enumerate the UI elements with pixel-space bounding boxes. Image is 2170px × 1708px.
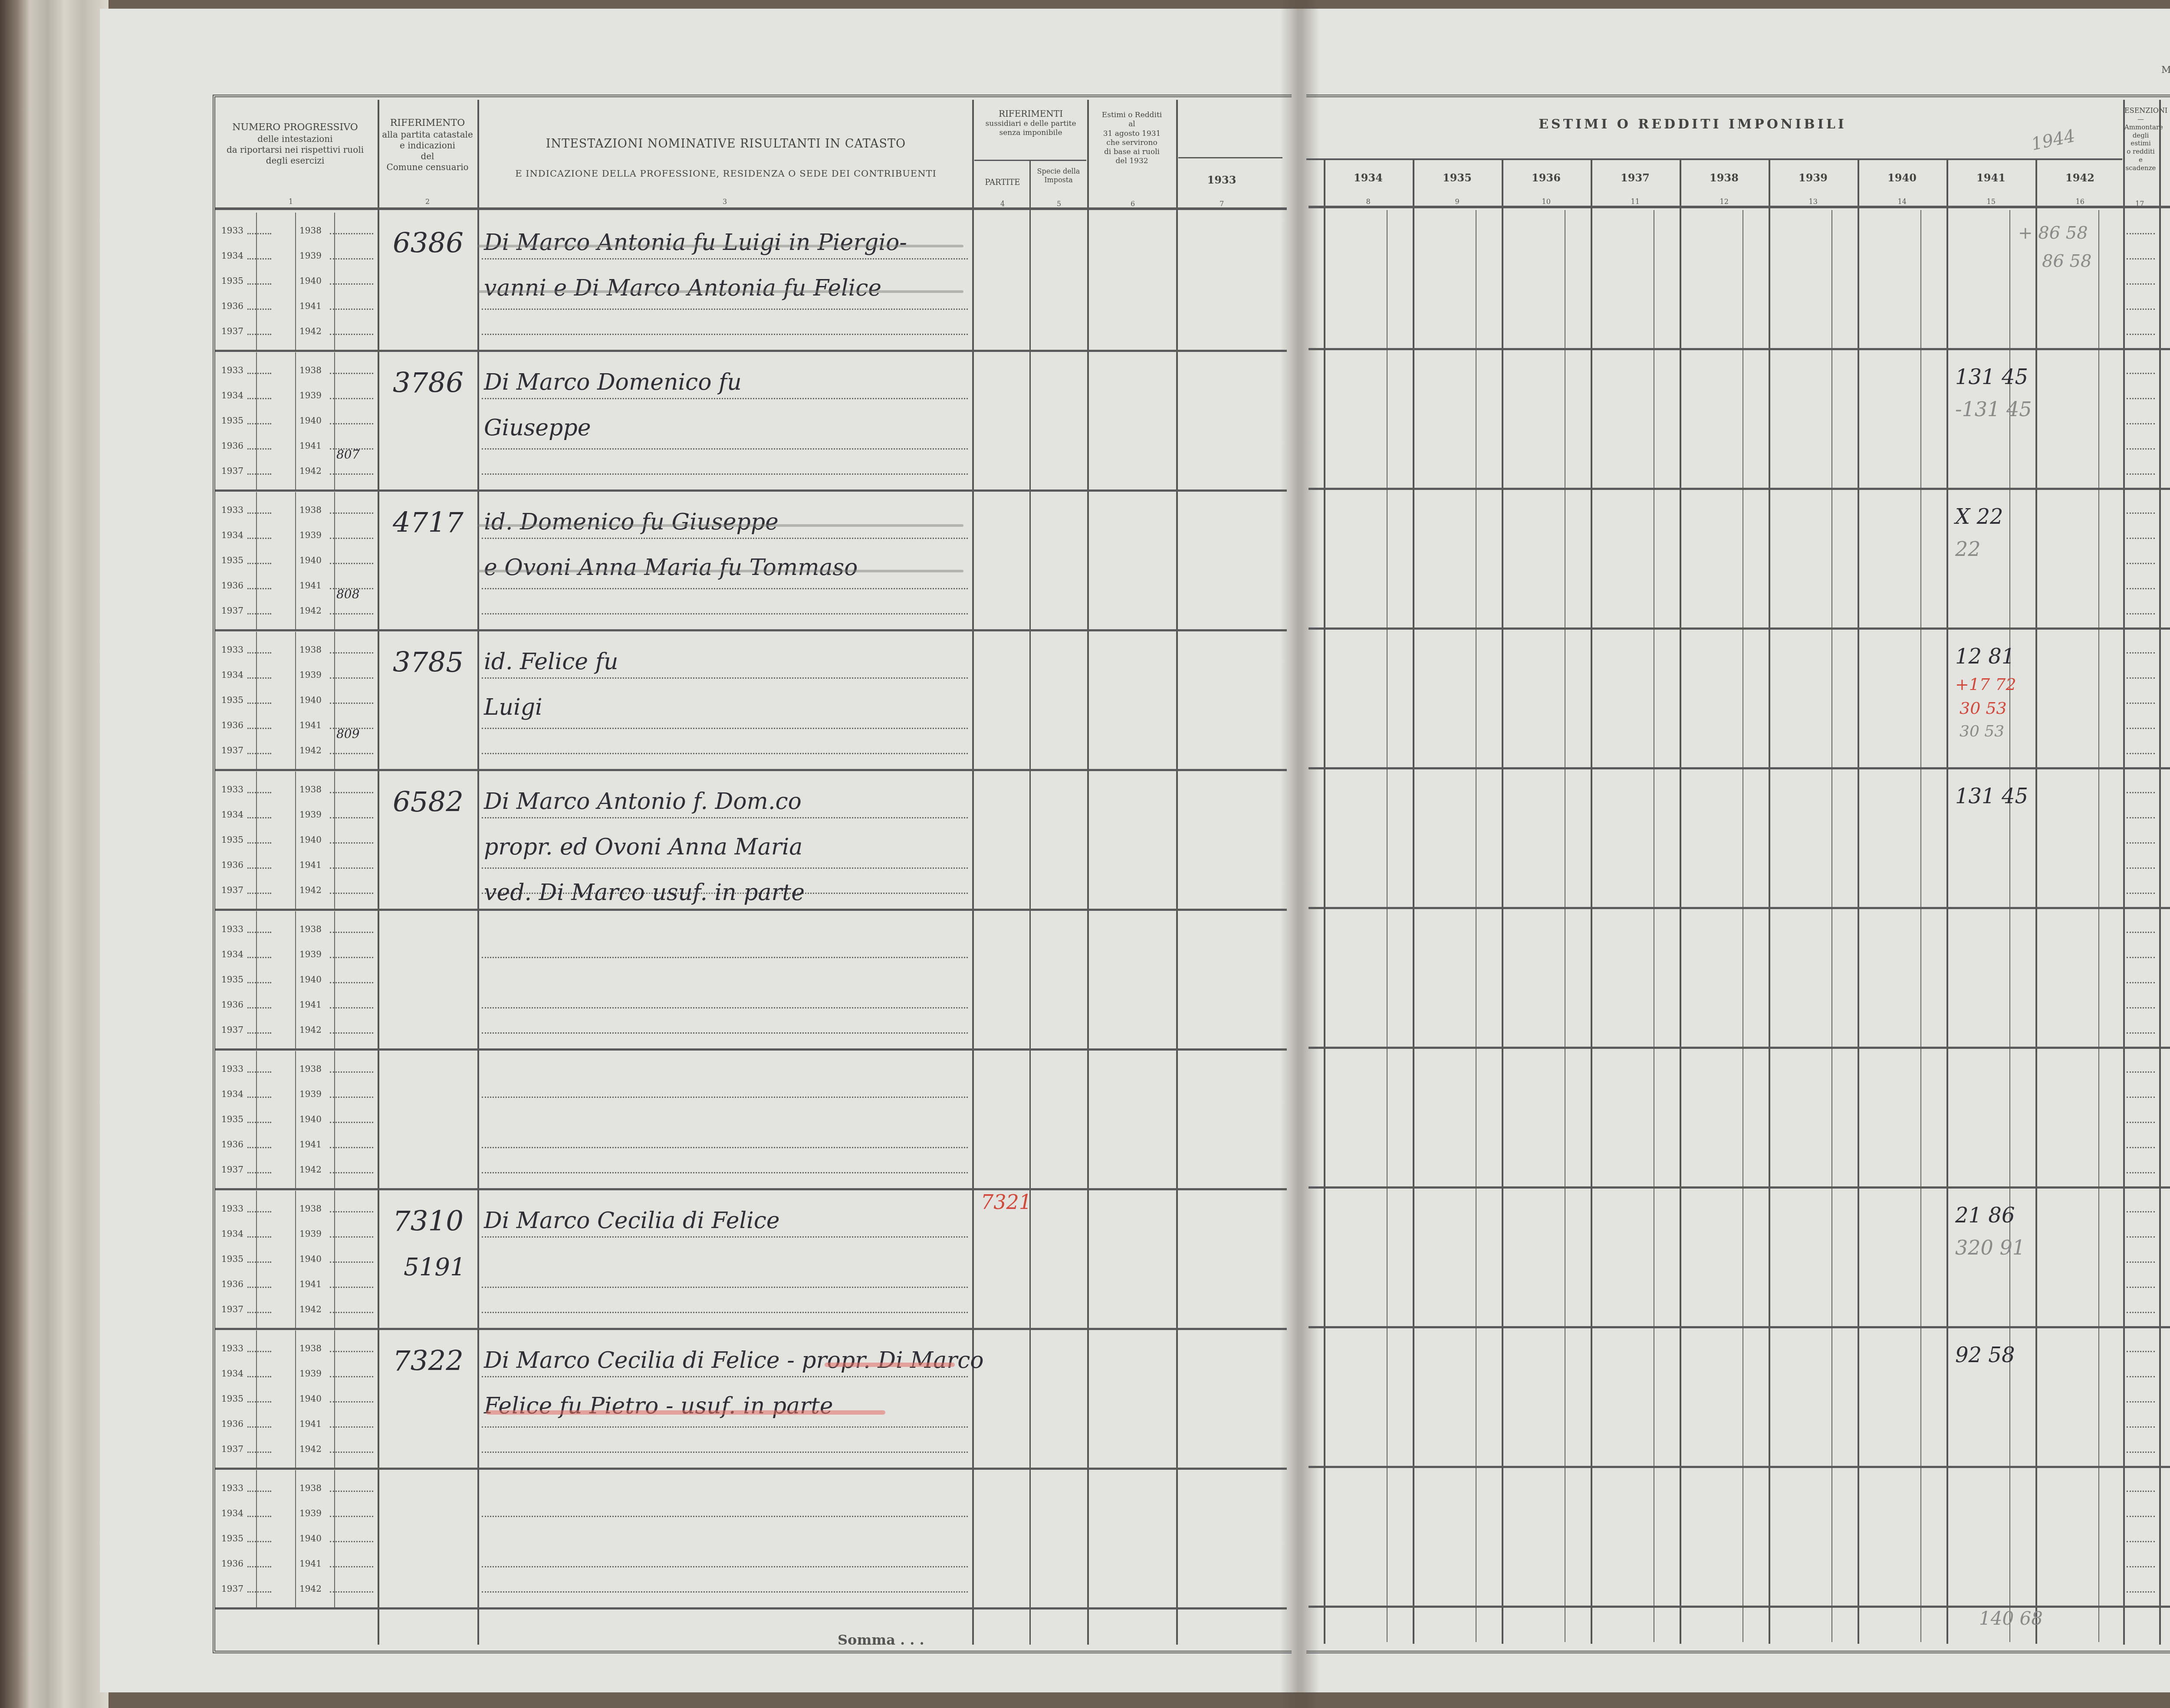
dotted-line — [247, 842, 271, 844]
year-label: 1940 — [299, 1393, 322, 1404]
year-label: 1939 — [299, 1228, 322, 1239]
dotted-line — [330, 538, 373, 539]
dotted-line — [2127, 373, 2155, 374]
dotted-line — [247, 1097, 271, 1098]
year-label: 1938 — [299, 924, 322, 934]
column-divider — [295, 1330, 296, 1468]
header-bottom-rule-right — [1309, 206, 2170, 208]
owner-name-line: Di Marco Domenico fu — [484, 369, 742, 395]
owner-name-line: Di Marco Cecilia di Felice - propr. Di M… — [484, 1347, 984, 1373]
year-label: 1940 — [299, 695, 322, 705]
dotted-line — [247, 448, 271, 450]
dotted-line — [330, 652, 373, 654]
row-separator-left — [215, 1468, 1287, 1470]
year-label: 1941 — [299, 1419, 322, 1429]
year-label: 1938 — [299, 1483, 322, 1493]
year-label: 1938 — [299, 644, 322, 655]
dotted-line — [247, 867, 271, 869]
owner-name-line: Giuseppe — [484, 415, 591, 441]
dotted-line — [2127, 1426, 2155, 1428]
dotted-line — [247, 753, 271, 754]
year-label: 1937 — [221, 745, 243, 755]
column-divider — [295, 772, 296, 909]
column-divider — [295, 213, 296, 350]
dotted-line — [330, 258, 373, 259]
year-label: 1934 — [221, 1089, 243, 1099]
header-year-1937: 1937 — [1591, 171, 1680, 184]
year-label: 1934 — [221, 1508, 243, 1518]
header-col-riferimento: RIFERIMENTO alla partita catastale e ind… — [380, 117, 475, 173]
year-label: 1936 — [221, 301, 243, 311]
dotted-line — [330, 473, 373, 475]
dotted-line — [2127, 538, 2155, 539]
header-year-1933: 1933 — [1178, 174, 1265, 186]
owner-name-line: Felice fu Pietro - usuf. in parte — [484, 1393, 833, 1419]
cents-divider — [2009, 210, 2010, 1642]
year-label: 1940 — [299, 1533, 322, 1544]
dotted-line — [330, 1261, 373, 1263]
reference-number: 809 — [336, 727, 359, 741]
year-label: 1939 — [299, 949, 322, 959]
column-divider — [1176, 100, 1178, 1645]
column-divider — [256, 1470, 257, 1607]
year-label: 1937 — [221, 1583, 243, 1594]
dotted-line — [482, 677, 968, 679]
year-label: 1941 — [299, 580, 322, 591]
row-separator-right — [1309, 1326, 2170, 1328]
header-estimi-title: ESTIMI O REDDITI IMPONIBILI — [1432, 116, 1953, 133]
year-label: 1942 — [299, 1025, 322, 1035]
year-label: 1939 — [299, 1089, 322, 1099]
year-label: 1937 — [221, 466, 243, 476]
cents-divider — [2098, 210, 2099, 1642]
dotted-line — [482, 1287, 968, 1288]
dotted-line — [247, 233, 271, 234]
column-divider — [334, 632, 335, 769]
dotted-line — [330, 398, 373, 399]
header-subtitle: E INDICAZIONE DELLA PROFESSIONE, RESIDEN… — [480, 168, 972, 179]
dotted-line — [2127, 233, 2155, 234]
year-label: 1938 — [299, 225, 322, 236]
column-divider — [1680, 160, 1681, 1644]
partita-number-secondary: 5191 — [404, 1253, 466, 1281]
owner-name-line: Luigi — [484, 694, 542, 720]
column-number: 2 — [423, 197, 432, 206]
dotted-line — [482, 1032, 968, 1034]
dotted-line — [330, 753, 373, 754]
dotted-line — [247, 398, 271, 399]
header-subrule — [1178, 157, 1282, 158]
year-label: 1938 — [299, 1203, 322, 1214]
dotted-line — [330, 1007, 373, 1008]
dotted-line — [247, 588, 271, 589]
row-separator-right — [1309, 348, 2170, 350]
year-label: 1936 — [221, 720, 243, 730]
year-label: 1934 — [221, 949, 243, 959]
dotted-line — [330, 1566, 373, 1567]
header-line: — — [2124, 115, 2157, 123]
year-label: 1933 — [221, 924, 243, 934]
dotted-line — [330, 1211, 373, 1212]
dotted-line — [330, 1097, 373, 1098]
dotted-line — [2127, 1071, 2155, 1073]
column-divider — [334, 492, 335, 629]
year-label: 1940 — [299, 555, 322, 565]
header-year-1941: 1941 — [1946, 171, 2035, 184]
dotted-line — [330, 1452, 373, 1453]
dotted-line — [330, 1032, 373, 1034]
header-col-intestazioni: INTESTAZIONI NOMINATIVE RISULTANTI IN CA… — [480, 137, 972, 179]
header-year-1940: 1940 — [1858, 171, 1946, 184]
year-label: 1942 — [299, 745, 322, 755]
year-label: 1942 — [299, 466, 322, 476]
dotted-line — [247, 957, 271, 958]
column-divider — [295, 632, 296, 769]
row-separator-left — [215, 350, 1287, 352]
dotted-line — [2127, 512, 2155, 514]
column-divider — [256, 911, 257, 1048]
year-label: 1935 — [221, 415, 243, 426]
header-title: ESENZIONI — [2124, 106, 2157, 115]
year-label: 1941 — [299, 1558, 322, 1569]
dotted-line — [482, 538, 968, 539]
column-divider — [1946, 160, 1948, 1644]
year-label: 1936 — [221, 1558, 243, 1569]
dotted-line — [482, 1007, 968, 1008]
column-divider — [334, 1191, 335, 1328]
dotted-line — [247, 613, 271, 614]
dotted-line — [2127, 1261, 2155, 1263]
column-divider — [256, 352, 257, 489]
dotted-line — [247, 893, 271, 894]
year-label: 1934 — [221, 390, 243, 401]
row-separator-left — [215, 769, 1287, 771]
year-label: 1935 — [221, 555, 243, 565]
header-line: di base ai ruoli — [1088, 148, 1175, 157]
dotted-line — [482, 1426, 968, 1428]
dotted-line — [247, 538, 271, 539]
dotted-line — [2127, 309, 2155, 310]
dotted-line — [247, 1287, 271, 1288]
dotted-line — [247, 677, 271, 679]
dotted-line — [482, 1566, 968, 1567]
red-strikethrough — [486, 1410, 885, 1415]
dotted-line — [330, 334, 373, 335]
column-divider — [256, 772, 257, 909]
left-table-frame — [213, 95, 1292, 1653]
year-label: 1937 — [221, 1444, 243, 1454]
reference-number: 807 — [336, 447, 359, 462]
somma-label: Somma . . . — [838, 1632, 924, 1648]
dotted-line — [247, 309, 271, 310]
row-separator-right — [1309, 488, 2170, 490]
column-divider — [334, 1470, 335, 1607]
column-number: 5 — [1055, 200, 1063, 208]
dotted-line — [330, 1376, 373, 1377]
dotted-line — [482, 753, 968, 754]
partita-number: 3786 — [393, 367, 464, 399]
partita-number: 6582 — [393, 786, 464, 818]
dotted-line — [2127, 398, 2155, 399]
dotted-line — [330, 867, 373, 869]
dotted-line — [247, 373, 271, 374]
year-label: 1937 — [221, 1025, 243, 1035]
column-divider — [1324, 160, 1325, 1644]
column-number: 7 — [1217, 200, 1226, 208]
year-label: 1933 — [221, 784, 243, 795]
dotted-line — [482, 867, 968, 869]
year-label: 1941 — [299, 999, 322, 1010]
year-label: 1937 — [221, 885, 243, 895]
column-divider — [1769, 160, 1770, 1644]
dotted-line — [2127, 563, 2155, 564]
dotted-line — [330, 1591, 373, 1593]
dotted-line — [2127, 677, 2155, 679]
dotted-line — [482, 957, 968, 958]
column-number: 11 — [1631, 197, 1640, 206]
dotted-line — [330, 703, 373, 704]
dotted-line — [2127, 334, 2155, 335]
column-divider — [334, 911, 335, 1048]
year-label: 1942 — [299, 1583, 322, 1594]
dotted-line — [2127, 867, 2155, 869]
value-1941-total: 30 53 — [1960, 699, 2007, 718]
header-line: delle intestazioni — [217, 134, 373, 145]
dotted-line — [482, 1516, 968, 1517]
year-label: 1936 — [221, 999, 243, 1010]
header-line: 31 agosto 1931 — [1088, 129, 1175, 138]
year-label: 1934 — [221, 670, 243, 680]
value-1942-secondary: 86 58 — [2042, 251, 2092, 271]
dotted-line — [2127, 982, 2155, 983]
dotted-line — [482, 728, 968, 729]
partita-number: 7310 — [393, 1205, 464, 1238]
dotted-line — [247, 703, 271, 704]
dotted-line — [2127, 842, 2155, 844]
dotted-line — [247, 1351, 271, 1352]
row-separator-right — [1309, 907, 2170, 909]
column-divider — [256, 1191, 257, 1328]
owner-name-line: id. Domenico fu Giuseppe — [484, 509, 779, 535]
year-label: 1934 — [221, 809, 243, 820]
dotted-line — [330, 373, 373, 374]
dotted-line — [330, 1351, 373, 1352]
dotted-line — [2127, 1147, 2155, 1148]
header-subrule — [1306, 158, 2122, 160]
year-label: 1941 — [299, 301, 322, 311]
column-divider — [1591, 160, 1592, 1644]
year-label: 1933 — [221, 225, 243, 236]
year-label: 1940 — [299, 1254, 322, 1264]
year-label: 1938 — [299, 784, 322, 795]
year-label: 1937 — [221, 326, 243, 336]
year-label: 1935 — [221, 974, 243, 985]
value-1942: + 86 58 — [2018, 223, 2088, 243]
year-label: 1933 — [221, 1343, 243, 1353]
value-1941-secondary: -131 45 — [1955, 397, 2032, 421]
dotted-line — [482, 258, 968, 259]
dotted-line — [247, 283, 271, 285]
dotted-line — [330, 613, 373, 614]
header-col-esenzioni: ESENZIONI — Ammontare degli estimi o red… — [2124, 106, 2157, 172]
dotted-line — [247, 817, 271, 818]
dotted-line — [482, 473, 968, 475]
header-year-1942: 1942 — [2035, 171, 2124, 184]
year-label: 1936 — [221, 580, 243, 591]
dotted-line — [247, 1236, 271, 1238]
header-annotazioni: ANNOTAZIONI — [2161, 143, 2170, 155]
dotted-line — [247, 512, 271, 514]
header-line: alla partita catastale — [380, 129, 475, 140]
row-separator-left — [215, 629, 1287, 631]
dotted-line — [2127, 1287, 2155, 1288]
dotted-line — [2127, 423, 2155, 424]
dotted-line — [2127, 448, 2155, 450]
owner-name-line: propr. ed Ovoni Anna Maria — [484, 834, 802, 860]
dotted-line — [247, 792, 271, 793]
year-label: 1935 — [221, 695, 243, 705]
column-divider — [1858, 160, 1859, 1644]
dotted-line — [2127, 817, 2155, 818]
dotted-line — [330, 677, 373, 679]
value-1941: 21 86 — [1955, 1203, 2015, 1228]
value-1941: 12 81 — [1955, 644, 2015, 669]
dotted-line — [482, 1097, 968, 1098]
year-label: 1938 — [299, 365, 322, 375]
year-label: 1938 — [299, 1064, 322, 1074]
column-number: 1 — [286, 197, 295, 206]
dotted-line — [330, 957, 373, 958]
dotted-line — [2127, 1452, 2155, 1453]
year-label: 1934 — [221, 1368, 243, 1379]
column-number: 13 — [1809, 197, 1818, 206]
column-divider — [295, 1191, 296, 1328]
dotted-line — [247, 423, 271, 424]
dotted-line — [2127, 1541, 2155, 1542]
year-label: 1940 — [299, 276, 322, 286]
column-number: 10 — [1542, 197, 1551, 206]
dotted-line — [330, 563, 373, 564]
header-line: del — [380, 151, 475, 162]
column-divider — [334, 352, 335, 489]
dotted-line — [330, 1147, 373, 1148]
year-label: 1939 — [299, 1508, 322, 1518]
column-divider — [1413, 160, 1414, 1644]
year-label: 1935 — [221, 1533, 243, 1544]
column-number: 9 — [1453, 197, 1462, 206]
year-label: 1940 — [299, 1114, 322, 1124]
dotted-line — [330, 1516, 373, 1517]
dotted-line — [482, 613, 968, 614]
column-divider — [256, 1051, 257, 1188]
cents-divider — [1831, 210, 1832, 1642]
dotted-line — [247, 1211, 271, 1212]
dotted-line — [482, 1376, 968, 1377]
column-divider — [972, 100, 974, 1645]
column-divider — [1502, 160, 1503, 1644]
dotted-line — [2127, 1516, 2155, 1517]
owner-name-line: id. Felice fu — [484, 649, 618, 675]
year-label: 1934 — [221, 530, 243, 540]
column-divider — [334, 1330, 335, 1468]
dotted-line — [2127, 652, 2155, 654]
partite-red-number: 7321 — [981, 1190, 1032, 1214]
partita-number: 6386 — [393, 227, 464, 259]
dotted-line — [247, 1071, 271, 1073]
pencil-strikethrough — [477, 290, 963, 293]
column-divider — [256, 492, 257, 629]
cents-divider — [1387, 210, 1387, 1642]
dotted-line — [247, 334, 271, 335]
column-divider — [2123, 100, 2125, 1645]
row-separator-right — [1309, 627, 2170, 630]
dotted-line — [247, 1122, 271, 1123]
header-title: Estimi o Redditi — [1088, 111, 1175, 120]
form-reference: Mod. 111 - Imposte Dirette (Intercalare)… — [2161, 64, 2170, 76]
year-label: 1939 — [299, 1368, 322, 1379]
dotted-line — [2127, 258, 2155, 259]
owner-name-line: Di Marco Cecilia di Felice — [484, 1208, 780, 1234]
dotted-line — [482, 309, 968, 310]
dotted-line — [247, 982, 271, 983]
row-separator-right — [1309, 767, 2170, 769]
header-line: Ammontare — [2124, 123, 2157, 131]
red-strikethrough — [825, 1363, 955, 1367]
value-1941: 131 45 — [1955, 784, 2028, 808]
dotted-line — [2127, 728, 2155, 729]
header-line: sussidiari e delle partite — [974, 119, 1087, 128]
dotted-line — [330, 283, 373, 285]
header-line: o redditi — [2124, 148, 2157, 156]
year-label: 1936 — [221, 1139, 243, 1150]
year-label: 1933 — [221, 505, 243, 515]
dotted-line — [2127, 1172, 2155, 1173]
dotted-line — [2127, 792, 2155, 793]
column-number: 15 — [1987, 197, 1996, 206]
value-1941-secondary: 320 91 — [1955, 1236, 2025, 1259]
header-year-1934: 1934 — [1324, 171, 1413, 184]
row-separator-right — [1309, 1186, 2170, 1189]
dotted-line — [482, 1452, 968, 1453]
dotted-line — [247, 1426, 271, 1428]
partita-number: 4717 — [393, 507, 464, 539]
row-separator-right — [1309, 1466, 2170, 1468]
header-title: INTESTAZIONI NOMINATIVE RISULTANTI IN CA… — [480, 137, 972, 151]
year-label: 1934 — [221, 1228, 243, 1239]
row-separator-left — [215, 909, 1287, 911]
header-year-1935: 1935 — [1413, 171, 1502, 184]
dotted-line — [482, 448, 968, 450]
header-col-estimi-1931: Estimi o Redditi al 31 agosto 1931 che s… — [1088, 111, 1175, 166]
form-prefix: Mod. — [2161, 65, 2170, 76]
row-separator-left — [215, 1188, 1287, 1190]
dotted-line — [2127, 283, 2155, 285]
year-label: 1935 — [221, 1254, 243, 1264]
dotted-line — [247, 1401, 271, 1403]
dotted-line — [330, 1071, 373, 1073]
year-label: 1933 — [221, 1203, 243, 1214]
year-label: 1938 — [299, 1343, 322, 1353]
column-divider — [2035, 160, 2037, 1644]
year-label: 1939 — [299, 809, 322, 820]
dotted-line — [330, 1236, 373, 1238]
header-title: RIFERIMENTI — [974, 108, 1087, 119]
year-label: 1939 — [299, 530, 322, 540]
year-label: 1935 — [221, 1393, 243, 1404]
dotted-line — [482, 1147, 968, 1148]
year-label: 1937 — [221, 1304, 243, 1314]
value-1941: X 22 — [1955, 505, 2003, 529]
